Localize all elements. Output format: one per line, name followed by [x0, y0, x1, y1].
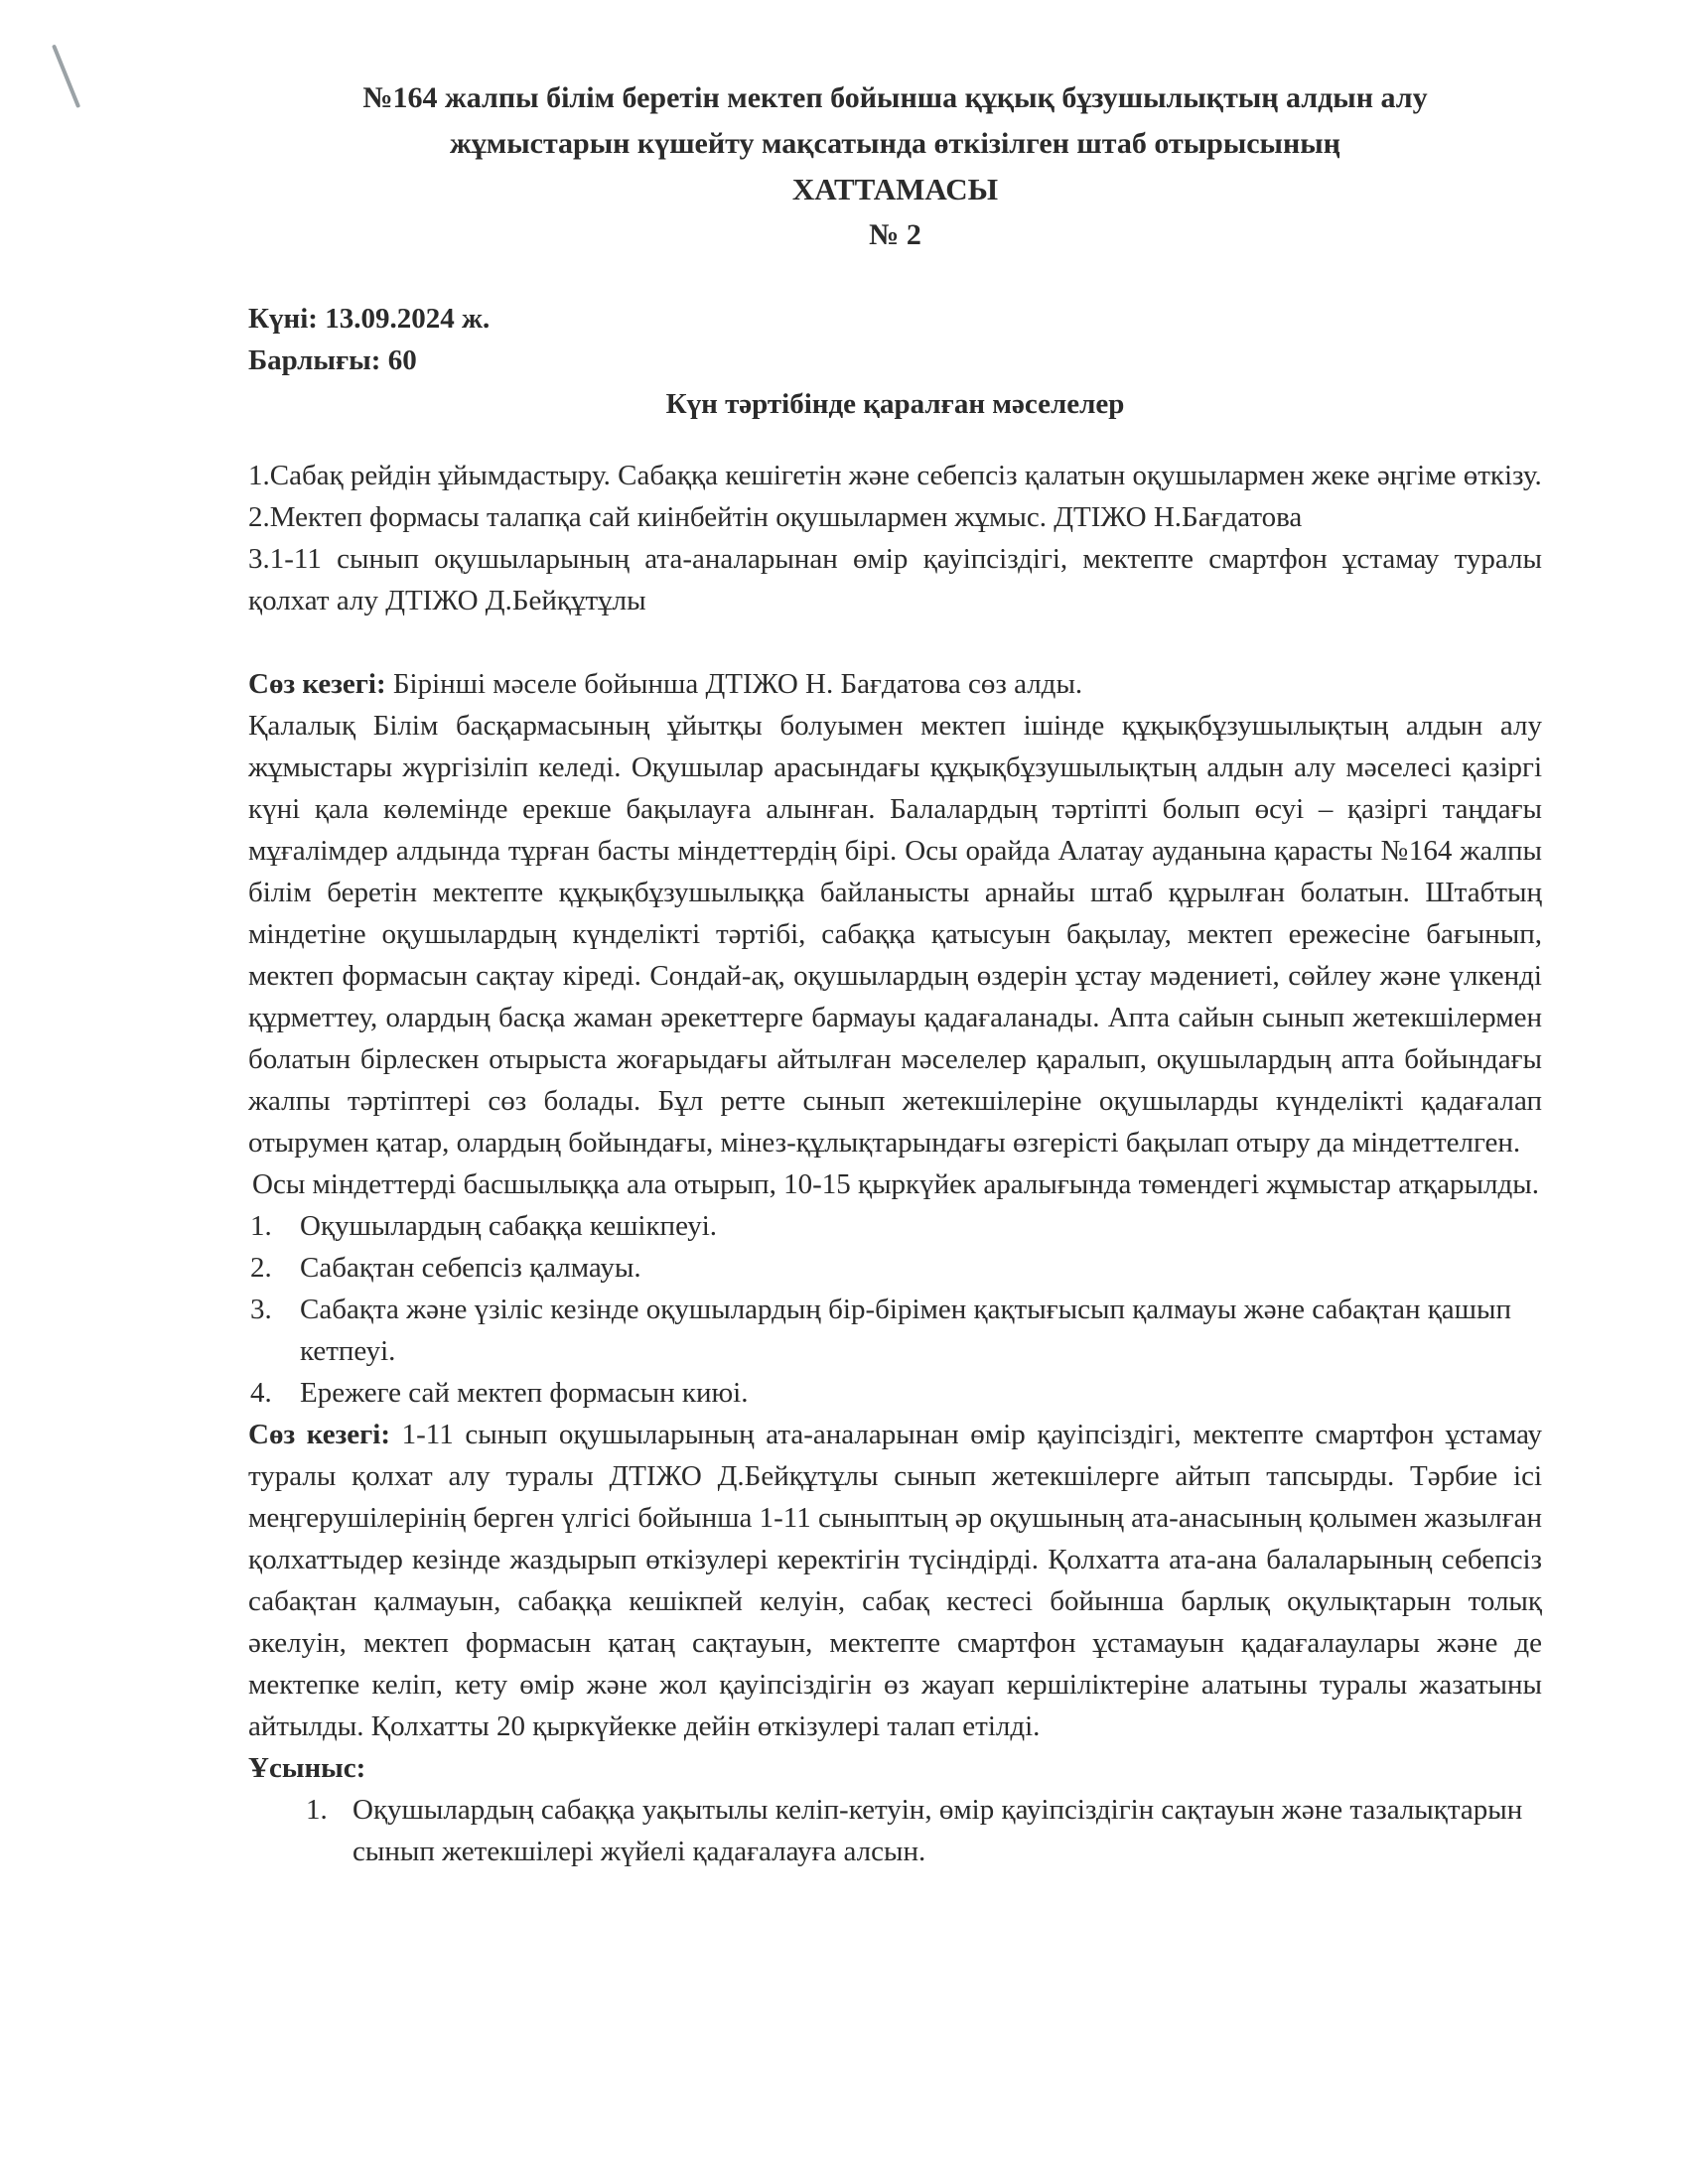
- title-line-1: №164 жалпы білім беретін мектеп бойынша …: [248, 75, 1542, 121]
- speech-section-1: Сөз кезегі: Бірінші мәселе бойынша ДТІЖО…: [248, 663, 1542, 1414]
- title-number: № 2: [248, 212, 1542, 258]
- title-line-2: жұмыстарын күшейту мақсатында өткізілген…: [248, 121, 1542, 167]
- recommendation-item: 1.Оқушылардың сабаққа уақытылы келіп-кет…: [248, 1789, 1542, 1872]
- title-protocol: ХАТТАМАСЫ: [248, 167, 1542, 212]
- speech-intro-text: Бірінші мәселе бойынша ДТІЖО Н. Бағдатов…: [386, 668, 1083, 700]
- speech-text: 1-11 сынып оқушыларының ата-аналарынан ө…: [248, 1419, 1542, 1742]
- speech-label: Сөз кезегі:: [248, 668, 386, 700]
- speech-label: Сөз кезегі:: [248, 1419, 390, 1450]
- speech-intro: Сөз кезегі: Бірінші мәселе бойынша ДТІЖО…: [248, 663, 1542, 705]
- recommendation-heading: Ұсыныс:: [248, 1747, 1542, 1789]
- tasks-list: 1.Оқушылардың сабаққа кешікпеуі. 2.Сабақ…: [248, 1205, 1542, 1414]
- agenda-item: 2.Мектеп формасы талапқа сай киінбейтін …: [248, 496, 1542, 538]
- document-page: №164 жалпы білім беретін мектеп бойынша …: [248, 75, 1542, 1872]
- agenda-item: 1.Сабақ рейдін ұйымдастыру. Сабаққа кеші…: [248, 455, 1542, 496]
- recommendation-section: Ұсыныс: 1.Оқушылардың сабаққа уақытылы к…: [248, 1747, 1542, 1872]
- scan-mark: [52, 45, 80, 109]
- meeting-date: Күні: 13.09.2024 ж.: [248, 298, 1542, 340]
- task-item: 4.Ережеге сай мектеп формасын киюі.: [248, 1372, 1542, 1414]
- document-title: №164 жалпы білім беретін мектеп бойынша …: [248, 75, 1542, 258]
- recommendation-list: 1.Оқушылардың сабаққа уақытылы келіп-кет…: [248, 1789, 1542, 1872]
- task-item: 2.Сабақтан себепсіз қалмауы.: [248, 1247, 1542, 1289]
- meta-block: Күні: 13.09.2024 ж. Барлығы: 60: [248, 298, 1542, 381]
- speech-paragraph: Қалалық Білім басқармасының ұйытқы болуы…: [248, 705, 1542, 1163]
- task-item: 1.Оқушылардың сабаққа кешікпеуі.: [248, 1205, 1542, 1247]
- agenda-item: 3.1-11 сынып оқушыларының ата-аналарынан…: [248, 538, 1542, 621]
- agenda-heading: Күн тәртібінде қаралған мәселелер: [248, 383, 1542, 425]
- agenda-list: 1.Сабақ рейдін ұйымдастыру. Сабаққа кеші…: [248, 455, 1542, 621]
- task-item: 3.Сабақта және үзіліс кезінде оқушыларды…: [248, 1289, 1542, 1372]
- tasks-intro: Осы міндеттерді басшылыққа ала отырып, 1…: [248, 1163, 1542, 1205]
- speech-section-2: Сөз кезегі: 1-11 сынып оқушыларының ата-…: [248, 1414, 1542, 1747]
- attendee-total: Барлығы: 60: [248, 340, 1542, 381]
- speech-paragraph: Сөз кезегі: 1-11 сынып оқушыларының ата-…: [248, 1414, 1542, 1747]
